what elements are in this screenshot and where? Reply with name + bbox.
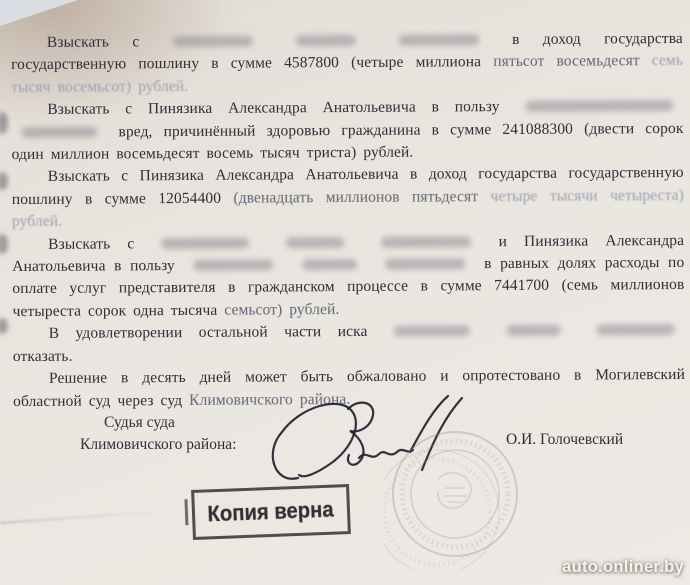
document-photo: Взыскать с в доход государства государст…: [0, 0, 690, 585]
redacted-text: [506, 325, 560, 336]
redacted-text: [302, 259, 357, 270]
copy-stamp: Копия верна: [191, 484, 351, 540]
paragraph: Взыскать с Пинязика Александра Анатольев…: [11, 95, 683, 166]
paragraph: Взыскать с Пинязика Александра Анатольев…: [12, 162, 684, 233]
redacted-text: [394, 326, 470, 337]
watermark: auto.onliner.by: [562, 558, 684, 577]
text-segment: В удовлетворении остальной части иска: [49, 323, 384, 342]
text-segment: Взыскать с Пинязика Александра Анатольев…: [47, 98, 515, 118]
text-segment: Взыскать с: [47, 33, 163, 51]
signer-role-line1: Судья суда: [80, 412, 236, 434]
text-segment: семьсот) рублей.: [224, 301, 339, 319]
copy-stamp-label: Копия верна: [207, 497, 334, 528]
paper-edge-mark: [0, 172, 8, 190]
paper-edge-mark: [0, 318, 8, 334]
redacted-text: [385, 258, 465, 269]
redacted-text: [296, 35, 356, 46]
text-segment: (двенадцать миллионов пятьдесят: [233, 188, 490, 207]
signer-role-line2: Климовичского района:: [80, 434, 236, 456]
redacted-text: [597, 324, 675, 335]
court-seal: [383, 424, 528, 569]
paragraph: Взыскать с в доход государства государст…: [11, 28, 683, 99]
redacted-text: [399, 34, 479, 45]
redacted-text: [525, 100, 673, 112]
signature-block: Судья суда Климовичского района:: [80, 412, 236, 457]
paper-edge-mark: [0, 234, 8, 254]
text-segment: Взыскать с: [48, 235, 151, 253]
paragraph: Взыскать с и Пинязика Александра Анатоль…: [12, 230, 685, 324]
paper-edge-mark: [0, 112, 8, 134]
redacted-text: [193, 260, 273, 271]
document-body: Взыскать с в доход государства государст…: [11, 28, 685, 413]
text-segment: отказать.: [13, 347, 73, 364]
redacted-text: [286, 237, 344, 248]
text-segment: вред, причинённый здоровью гражданина в …: [12, 120, 684, 164]
redacted-text: [172, 36, 252, 47]
redacted-text: [161, 237, 249, 249]
redacted-text: [381, 236, 471, 248]
stamp-edge-mark: [184, 499, 188, 525]
paper-crease: [0, 510, 170, 524]
text-segment: пятьсот восемьдесят: [493, 53, 652, 71]
redacted-text: [21, 126, 97, 137]
underlying-page-edge: [0, 0, 78, 26]
paragraph: В удовлетворении остальной части иска от…: [13, 319, 685, 368]
